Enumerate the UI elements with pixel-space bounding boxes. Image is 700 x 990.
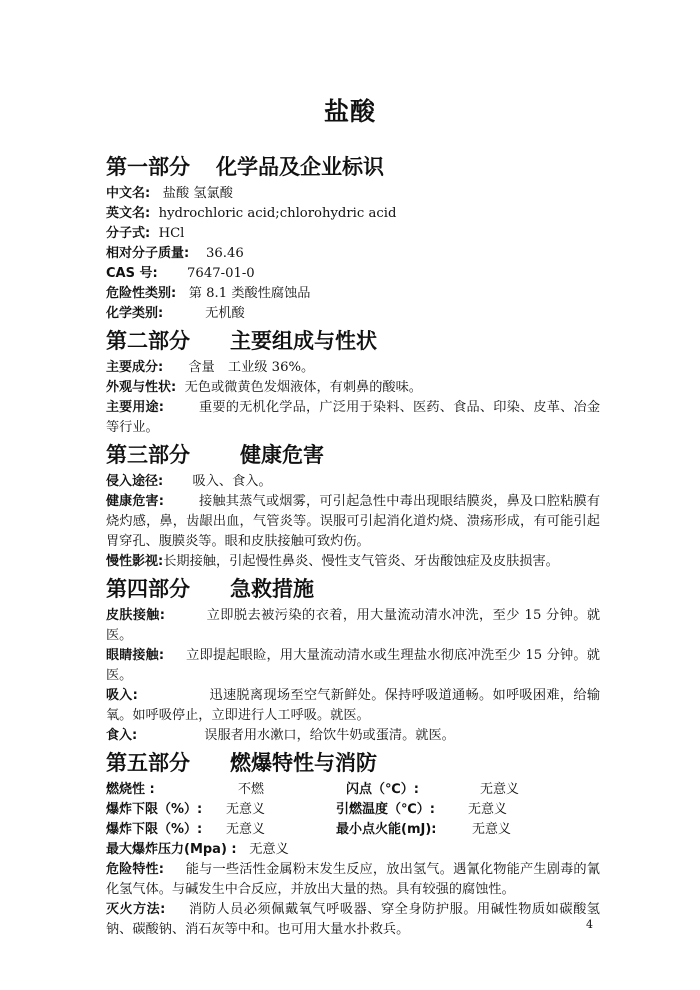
section-number: 第三部分 — [106, 438, 190, 472]
field-chinese-name: 中文名: 盐酸 氢氯酸 — [106, 184, 600, 204]
document-title: 盐酸 — [0, 92, 700, 128]
section-number: 第四部分 — [106, 572, 190, 606]
explosion-limit-value: 无意义 — [226, 800, 336, 820]
field-main-component: 主要成分: 含量 工业级 36%。 — [106, 358, 600, 378]
fire-properties-grid: 燃烧性 : 不燃 闪点（℃）: 无意义 爆炸下限（%）: 无意义 引燃温度（℃）… — [106, 780, 600, 840]
page-number: 4 — [586, 918, 593, 931]
section-name: 主要组成与性状 — [230, 329, 377, 353]
flammability-label: 燃烧性 : — [106, 780, 226, 800]
document-page: 盐酸 第一部分化学品及企业标识 中文名: 盐酸 氢氯酸 英文名: hydroch… — [0, 0, 700, 990]
field-formula: 分子式: HCl — [106, 224, 600, 244]
flammability-value: 不燃 — [226, 780, 336, 800]
field-ingestion: 食入: 误服者用水漱口，给饮牛奶或蛋清。就医。 — [106, 726, 600, 746]
field-eye-contact: 眼睛接触: 立即提起眼睑，用大量流动清水或生理盐水彻底冲洗至少 15 分钟。就医… — [106, 646, 600, 686]
document-content: 第一部分化学品及企业标识 中文名: 盐酸 氢氯酸 英文名: hydrochlor… — [106, 150, 600, 940]
section-number: 第五部分 — [106, 746, 190, 780]
field-health-hazard: 健康危害: 接触其蒸气或烟雾，可引起急性中毒出现眼结膜炎，鼻及口腔粘膜有烧灼感，… — [106, 492, 600, 552]
section-name: 健康危害 — [240, 443, 324, 467]
field-chem-class: 化学类别: 无机酸 — [106, 304, 600, 324]
flash-point-value: 无意义 — [468, 780, 600, 800]
section-5: 第五部分燃爆特性与消防 燃烧性 : 不燃 闪点（℃）: 无意义 爆炸下限（%）:… — [106, 746, 600, 940]
section-heading: 第二部分主要组成与性状 — [106, 324, 600, 358]
field-hazard-characteristics: 危险特性: 能与一些活性金属粉末发生反应，放出氢气。遇氰化物能产生剧毒的氰化氢气… — [106, 860, 600, 900]
flash-point-label: 闪点（℃）: — [336, 780, 468, 800]
field-hazard-class: 危险性类别: 第 8.1 类酸性腐蚀品 — [106, 284, 600, 304]
ignition-temp-label: 引燃温度（℃）: — [336, 800, 468, 820]
explosion-limit-label: 爆炸下限（%）: — [106, 800, 226, 820]
min-ignition-energy-label: 最小点火能(mJ): — [336, 820, 468, 840]
section-1: 第一部分化学品及企业标识 中文名: 盐酸 氢氯酸 英文名: hydrochlor… — [106, 150, 600, 324]
min-ignition-energy-value: 无意义 — [468, 820, 600, 840]
field-max-explosion-pressure: 最大爆炸压力(Mpa) : 无意义 — [106, 840, 600, 860]
section-3: 第三部分健康危害 侵入途径: 吸入、食入。 健康危害: 接触其蒸气或烟雾，可引起… — [106, 438, 600, 572]
section-number: 第一部分 — [106, 150, 190, 184]
field-entry-route: 侵入途径: 吸入、食入。 — [106, 472, 600, 492]
section-heading: 第四部分急救措施 — [106, 572, 600, 606]
section-heading: 第三部分健康危害 — [106, 438, 600, 472]
field-molecular-mass: 相对分子质量: 36.46 — [106, 244, 600, 264]
field-extinguishing-method: 灭火方法: 消防人员必须佩戴氧气呼吸器、穿全身防护服。用碱性物质如碳酸氢钠、碳酸… — [106, 900, 600, 940]
explosion-limit-value-2: 无意义 — [226, 820, 336, 840]
field-english-name: 英文名: hydrochloric acid;chlorohydric acid — [106, 204, 600, 224]
explosion-limit-label-2: 爆炸下限（%）: — [106, 820, 226, 840]
field-main-use: 主要用途: 重要的无机化学品，广泛用于染料、医药、食品、印染、皮革、冶金等行业。 — [106, 398, 600, 438]
ignition-temp-value: 无意义 — [468, 800, 600, 820]
section-heading: 第五部分燃爆特性与消防 — [106, 746, 600, 780]
section-heading: 第一部分化学品及企业标识 — [106, 150, 600, 184]
section-number: 第二部分 — [106, 324, 190, 358]
section-name: 急救措施 — [230, 577, 314, 601]
field-inhalation: 吸入: 迅速脱离现场至空气新鲜处。保持呼吸道通畅。如呼吸困难，给输氧。如呼吸停止… — [106, 686, 600, 726]
section-2: 第二部分主要组成与性状 主要成分: 含量 工业级 36%。 外观与性状: 无色或… — [106, 324, 600, 438]
field-appearance: 外观与性状: 无色或微黄色发烟液体，有刺鼻的酸味。 — [106, 378, 600, 398]
field-cas: CAS 号: 7647-01-0 — [106, 264, 600, 284]
field-chronic-effect: 慢性影视:长期接触，引起慢性鼻炎、慢性支气管炎、牙齿酸蚀症及皮肤损害。 — [106, 552, 600, 572]
section-4: 第四部分急救措施 皮肤接触: 立即脱去被污染的衣着，用大量流动清水冲洗，至少 1… — [106, 572, 600, 746]
section-name: 燃爆特性与消防 — [230, 751, 377, 775]
field-skin-contact: 皮肤接触: 立即脱去被污染的衣着，用大量流动清水冲洗，至少 15 分钟。就医。 — [106, 606, 600, 646]
section-name: 化学品及企业标识 — [216, 155, 384, 179]
